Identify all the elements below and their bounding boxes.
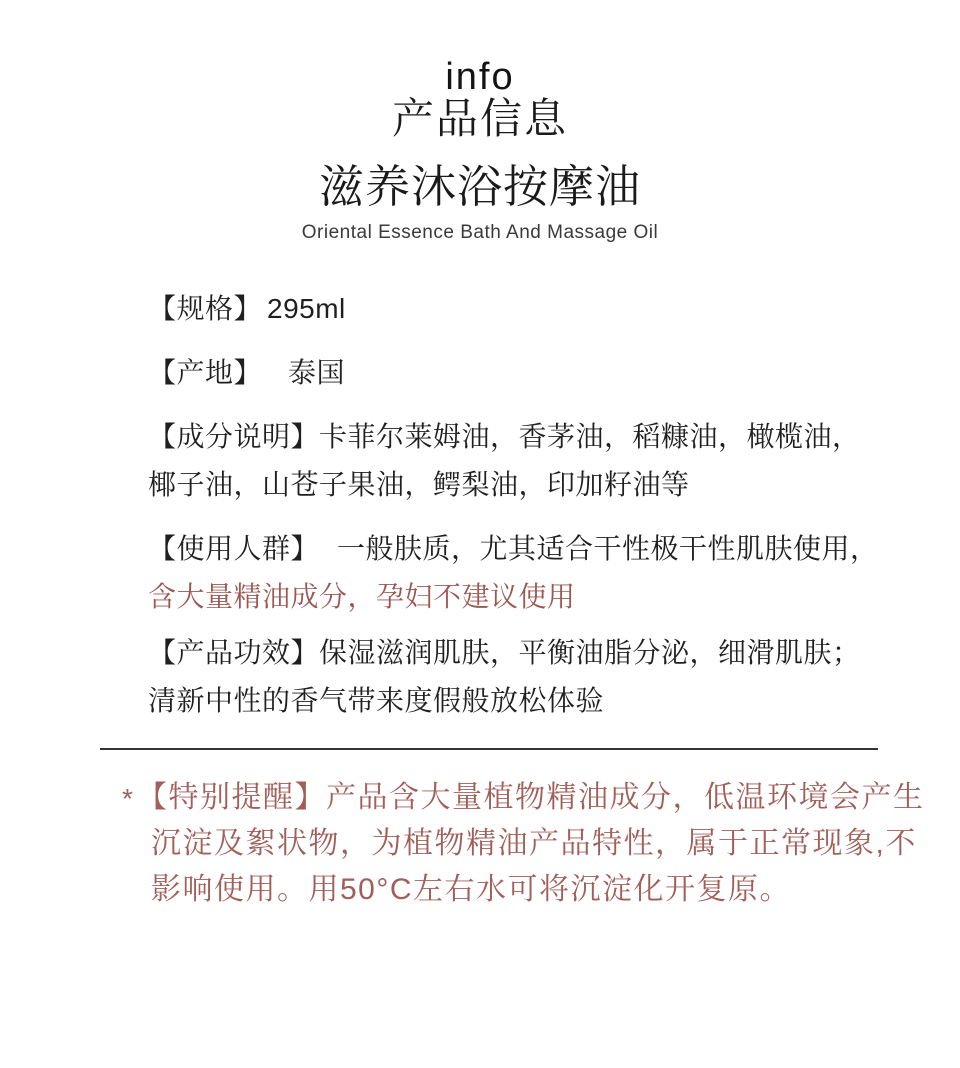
ingredients-line2: 椰子油，山苍子果油，鳄梨油，印加籽油等 xyxy=(148,469,690,500)
origin-row: 【产地】泰国 xyxy=(148,351,345,395)
reminder-line-2: 沉淀及絮状物，为植物精油产品特性，属于正常现象,不 xyxy=(151,821,925,867)
users-line1: 一般肤质，尤其适合干性极干性肌肤使用， xyxy=(337,533,879,564)
users-label: 【使用人群】 xyxy=(148,533,319,564)
info-eyebrow: info xyxy=(0,58,960,96)
asterisk-marker: * xyxy=(122,776,133,822)
origin-value: 泰国 xyxy=(288,357,345,388)
product-info-page: info 产品信息 滋养沐浴按摩油 Oriental Essence Bath … xyxy=(0,0,960,1068)
users-warning-line: 含大量精油成分，孕妇不建议使用 xyxy=(148,581,576,612)
efficacy-label: 【产品功效】 xyxy=(148,637,319,668)
spec-value: 295ml xyxy=(267,293,346,324)
spec-row: 【规格】295ml xyxy=(148,287,346,331)
users-paragraph: 【使用人群】一般肤质，尤其适合干性极干性肌肤使用，含大量精油成分，孕妇不建议使用 xyxy=(148,525,879,621)
section-title: 产品信息 xyxy=(0,97,960,141)
efficacy-line1: 保湿滋润肌肤，平衡油脂分泌，细滑肌肤； xyxy=(319,637,861,668)
efficacy-paragraph: 【产品功效】保湿滋润肌肤，平衡油脂分泌，细滑肌肤；清新中性的香气带来度假般放松体… xyxy=(148,629,861,725)
spec-label: 【规格】 xyxy=(148,293,262,324)
origin-label: 【产地】 xyxy=(148,357,262,388)
ingredients-line1: 卡菲尔莱姆油，香茅油，稻糠油，橄榄油， xyxy=(319,421,861,452)
reminder-line-1: *【特别提醒】产品含大量植物精油成分，低温环境会产生 xyxy=(151,775,925,821)
divider-line xyxy=(100,748,878,750)
reminder-line-3: 影响使用。用50°C左右水可将沉淀化开复原。 xyxy=(151,867,925,913)
ingredients-paragraph: 【成分说明】卡菲尔莱姆油，香茅油，稻糠油，橄榄油，椰子油，山苍子果油，鳄梨油，印… xyxy=(148,413,861,509)
reminder-line-1-text: 【特别提醒】产品含大量植物精油成分，低温环境会产生 xyxy=(137,781,925,814)
special-reminder: *【特别提醒】产品含大量植物精油成分，低温环境会产生 沉淀及絮状物，为植物精油产… xyxy=(151,775,925,913)
product-name-en: Oriental Essence Bath And Massage Oil xyxy=(0,222,960,244)
ingredients-label: 【成分说明】 xyxy=(148,421,319,452)
product-name: 滋养沐浴按摩油 xyxy=(0,163,960,211)
efficacy-line2: 清新中性的香气带来度假般放松体验 xyxy=(148,685,604,716)
